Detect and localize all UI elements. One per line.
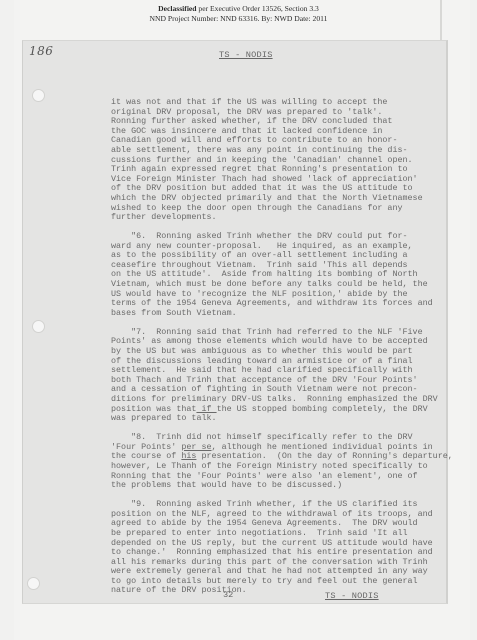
paragraph-8: "8. Trinh did not himself specifically r… [111, 433, 451, 491]
text-line: the problems that would have to be discu… [111, 481, 451, 491]
hole-punch-top [32, 89, 45, 102]
text-line: was prepared to talk. [111, 414, 451, 424]
text-line: further developments. [111, 213, 451, 223]
classification-footer: TS - NODIS [325, 591, 379, 601]
document-body: it was not and that if the US was willin… [111, 98, 451, 605]
underlined-text: per se [181, 442, 211, 452]
page-number: 32 [223, 590, 233, 600]
banner-line-1: Declassified per Executive Order 13526, … [0, 4, 477, 14]
paragraph-6: "6. Ronning asked Trinh whether the DRV … [111, 232, 451, 318]
classification-header: TS - NODIS [219, 50, 273, 60]
underlined-text: his [181, 451, 196, 461]
banner-line-2: NND Project Number: NND 63316. By: NWD D… [0, 14, 477, 24]
declassification-banner: Declassified per Executive Order 13526, … [0, 4, 477, 24]
paragraph-9: "9. Ronning asked Trinh whether, if the … [111, 500, 451, 596]
text-line: bases from South Vietnam. [111, 309, 451, 319]
handwritten-page-number: 186 [29, 44, 53, 58]
paragraph-continued: it was not and that if the US was willin… [111, 98, 451, 223]
hole-punch-bottom [27, 577, 40, 590]
banner-order-text: per Executive Order 13526, Section 3.3 [197, 4, 319, 13]
banner-declassified-label: Declassified [158, 4, 196, 13]
text-line: nature of the DRV position. [111, 586, 451, 596]
underlined-text: if [196, 404, 216, 414]
paragraph-7: "7. Ronning said that Trinh had referred… [111, 328, 451, 424]
hole-punch-middle [32, 320, 45, 333]
